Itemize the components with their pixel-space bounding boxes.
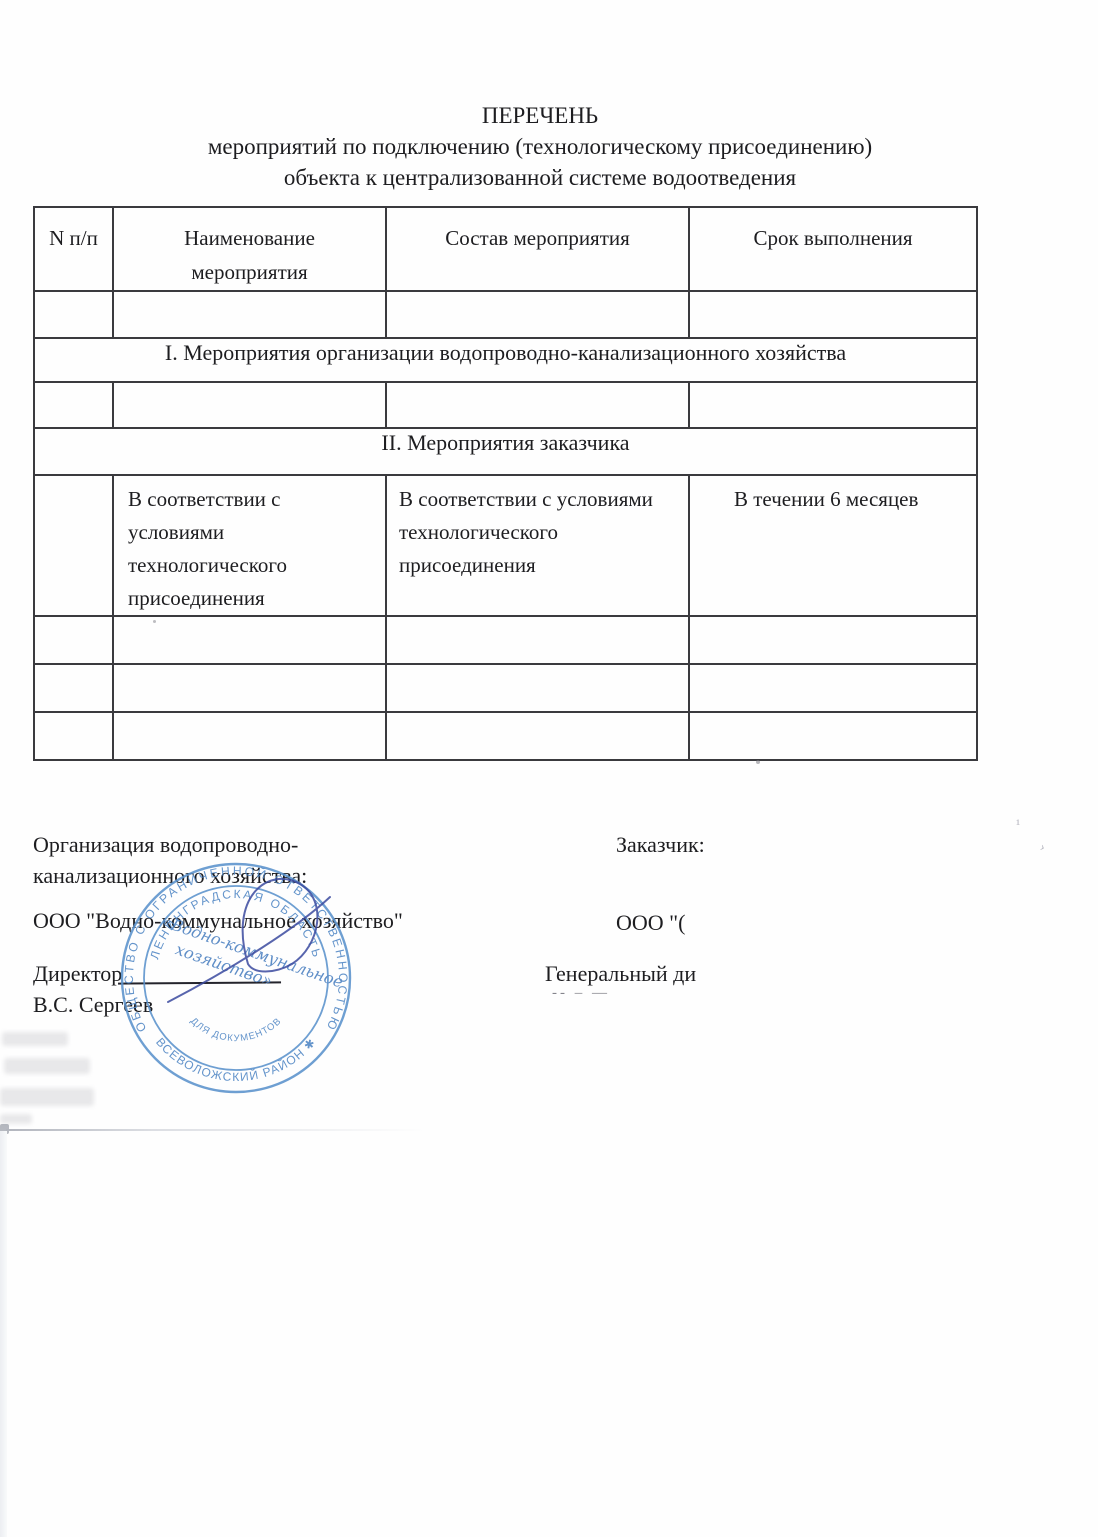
- company-seal: ОБЩЕСТВО С ОГРАНИЧЕННОЙ ОТВЕТСТВЕННОСТЬЮ…: [110, 852, 362, 1104]
- bleed-through-text: [0, 1088, 94, 1106]
- header-term: Срок выполнения: [689, 207, 977, 291]
- customer-dashes: -- – —: [552, 985, 610, 1002]
- seal-purpose-arc-text: ДЛЯ ДОКУМЕНТОВ: [188, 1016, 284, 1044]
- scanned-document-page: ПЕРЕЧЕНЬ мероприятий по подключению (тех…: [0, 0, 1098, 1537]
- svg-text:ДЛЯ ДОКУМЕНТОВ: ДЛЯ ДОКУМЕНТОВ: [188, 1016, 284, 1044]
- sheet-edge-left: [0, 1131, 7, 1537]
- measure-composition-cell: В соответствии с условиями технологическ…: [386, 475, 689, 616]
- scan-mark: ›: [1037, 840, 1047, 857]
- bleed-through-text: [2, 1032, 68, 1046]
- org-position: Директор: [33, 959, 122, 989]
- customer-measures-row: В соответствии с условиями технологическ…: [34, 475, 977, 616]
- measure-term-cell: В течении 6 месяцев: [689, 475, 977, 616]
- title-line-1: ПЕРЕЧЕНЬ: [160, 100, 920, 131]
- title-line-2: мероприятий по подключению (технологичес…: [160, 131, 920, 162]
- document-title: ПЕРЕЧЕНЬ мероприятий по подключению (тех…: [160, 100, 920, 193]
- header-num: N п/п: [34, 207, 113, 291]
- section-row-org: I. Мероприятия организации водопроводно-…: [34, 338, 977, 382]
- bleed-through-text: [0, 1114, 32, 1124]
- title-line-3: объекта к централизованной системе водоо…: [160, 162, 920, 193]
- section-1-label: I. Мероприятия организации водопроводно-…: [34, 338, 977, 382]
- bleed-through-text: [4, 1058, 90, 1074]
- scan-mark: ¹: [1016, 818, 1020, 834]
- table-empty-row: [34, 664, 977, 712]
- section-row-customer: II. Мероприятия заказчика: [34, 428, 977, 475]
- table-header-row: N п/п Наименование мероприятия Состав ме…: [34, 207, 977, 291]
- measures-table: N п/п Наименование мероприятия Состав ме…: [33, 206, 978, 761]
- scan-speck: [153, 620, 156, 623]
- header-composition: Состав мероприятия: [386, 207, 689, 291]
- table-empty-row: [34, 712, 977, 760]
- header-name: Наименование мероприятия: [113, 207, 386, 291]
- table-empty-row: [34, 291, 977, 338]
- measure-name-cell: В соответствии с условиями технологическ…: [113, 475, 386, 616]
- sheet-edge-top: [6, 1129, 426, 1131]
- section-2-label: II. Мероприятия заказчика: [34, 428, 977, 475]
- customer-company-name: ООО "(: [616, 908, 685, 938]
- table-empty-row: [34, 616, 977, 664]
- scan-speck: [756, 760, 760, 764]
- table-empty-row: [34, 382, 977, 428]
- customer-label: Заказчик:: [616, 830, 705, 860]
